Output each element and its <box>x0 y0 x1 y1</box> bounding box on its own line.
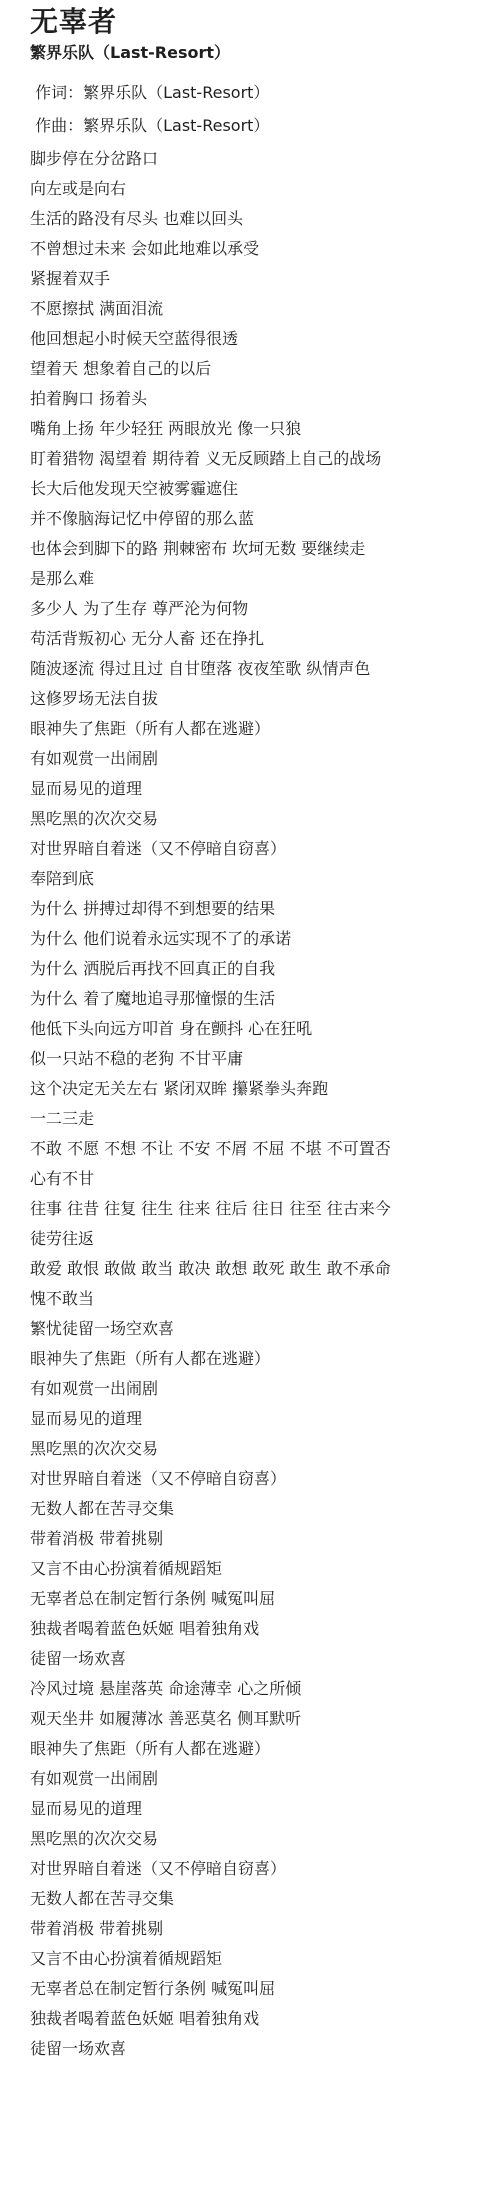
lyric-line: 观天坐井 如履薄冰 善恶莫名 侧耳默听 <box>30 1704 482 1734</box>
lyric-line: 这修罗场无法自拔 <box>30 684 482 714</box>
lyric-line: 眼神失了焦距（所有人都在逃避） <box>30 1734 482 1764</box>
lyric-line: 眼神失了焦距（所有人都在逃避） <box>30 1344 482 1374</box>
lyric-line: 生活的路没有尽头 也难以回头 <box>30 204 482 234</box>
lyric-line: 有如观赏一出闹剧 <box>30 1764 482 1794</box>
lyric-line: 又言不由心扮演着循规蹈矩 <box>30 1944 482 1974</box>
lyrics-block: 脚步停在分岔路口向左或是向右生活的路没有尽头 也难以回头不曾想过未来 会如此地难… <box>30 144 482 2064</box>
lyric-line: 心有不甘 <box>30 1164 482 1194</box>
lyric-line: 黑吃黑的次次交易 <box>30 1434 482 1464</box>
credit-line: 作曲：繁界乐队（Last-Resort） <box>30 109 482 142</box>
lyric-line: 无辜者总在制定暂行条例 喊冤叫屈 <box>30 1974 482 2004</box>
lyric-line: 也体会到脚下的路 荆棘密布 坎坷无数 要继续走 <box>30 534 482 564</box>
lyric-line: 有如观赏一出闹剧 <box>30 1374 482 1404</box>
lyric-line: 嘴角上扬 年少轻狂 两眼放光 像一只狼 <box>30 414 482 444</box>
lyric-line: 为什么 着了魔地追寻那憧憬的生活 <box>30 984 482 1014</box>
lyric-line: 有如观赏一出闹剧 <box>30 744 482 774</box>
lyric-line: 黑吃黑的次次交易 <box>30 804 482 834</box>
lyric-line: 向左或是向右 <box>30 174 482 204</box>
lyric-line: 随波逐流 得过且过 自甘堕落 夜夜笙歌 纵情声色 <box>30 654 482 684</box>
lyric-line: 拍着胸口 扬着头 <box>30 384 482 414</box>
lyric-line: 似一只站不稳的老狗 不甘平庸 <box>30 1044 482 1074</box>
lyric-line: 不愿擦拭 满面泪流 <box>30 294 482 324</box>
lyric-line: 脚步停在分岔路口 <box>30 144 482 174</box>
artist-name: 繁界乐队（Last-Resort） <box>30 42 482 64</box>
lyric-line: 并不像脑海记忆中停留的那么蓝 <box>30 504 482 534</box>
lyric-line: 带着消极 带着挑剔 <box>30 1524 482 1554</box>
lyric-line: 对世界暗自着迷（又不停暗自窃喜） <box>30 834 482 864</box>
lyric-line: 一二三走 <box>30 1104 482 1134</box>
lyric-line: 徒劳往返 <box>30 1224 482 1254</box>
lyric-line: 盯着猎物 渴望着 期待着 义无反顾踏上自己的战场 <box>30 444 482 474</box>
lyric-line: 敢爱 敢恨 敢做 敢当 敢决 敢想 敢死 敢生 敢不承命 <box>30 1254 482 1284</box>
lyric-line: 紧握着双手 <box>30 264 482 294</box>
lyric-line: 独裁者喝着蓝色妖姬 唱着独角戏 <box>30 2004 482 2034</box>
lyric-line: 愧不敢当 <box>30 1284 482 1314</box>
lyric-line: 繁忧徒留一场空欢喜 <box>30 1314 482 1344</box>
lyric-line: 徒留一场欢喜 <box>30 1644 482 1674</box>
lyric-line: 无数人都在苦寻交集 <box>30 1494 482 1524</box>
lyric-line: 无辜者总在制定暂行条例 喊冤叫屈 <box>30 1584 482 1614</box>
credit-line: 作词：繁界乐队（Last-Resort） <box>30 76 482 109</box>
lyric-line: 无数人都在苦寻交集 <box>30 1884 482 1914</box>
lyric-line: 徒留一场欢喜 <box>30 2034 482 2064</box>
lyric-line: 对世界暗自着迷（又不停暗自窃喜） <box>30 1464 482 1494</box>
lyric-line: 多少人 为了生存 尊严沦为何物 <box>30 594 482 624</box>
lyrics-page: 无辜者 繁界乐队（Last-Resort） 作词：繁界乐队（Last-Resor… <box>0 0 500 2064</box>
credits-block: 作词：繁界乐队（Last-Resort） 作曲：繁界乐队（Last-Resort… <box>30 76 482 142</box>
lyric-line: 他低下头向远方叩首 身在颤抖 心在狂吼 <box>30 1014 482 1044</box>
lyric-line: 奉陪到底 <box>30 864 482 894</box>
lyric-line: 带着消极 带着挑剔 <box>30 1914 482 1944</box>
lyric-line: 长大后他发现天空被雾霾遮住 <box>30 474 482 504</box>
lyric-line: 独裁者喝着蓝色妖姬 唱着独角戏 <box>30 1614 482 1644</box>
lyric-line: 为什么 拼搏过却得不到想要的结果 <box>30 894 482 924</box>
lyric-line: 他回想起小时候天空蓝得很透 <box>30 324 482 354</box>
lyric-line: 为什么 洒脱后再找不回真正的自我 <box>30 954 482 984</box>
lyric-line: 对世界暗自着迷（又不停暗自窃喜） <box>30 1854 482 1884</box>
lyric-line: 显而易见的道理 <box>30 774 482 804</box>
lyric-line: 是那么难 <box>30 564 482 594</box>
lyric-line: 又言不由心扮演着循规蹈矩 <box>30 1554 482 1584</box>
lyric-line: 不曾想过未来 会如此地难以承受 <box>30 234 482 264</box>
lyric-line: 为什么 他们说着永远实现不了的承诺 <box>30 924 482 954</box>
lyric-line: 往事 往昔 往复 往生 往来 往后 往日 往至 往古来今 <box>30 1194 482 1224</box>
lyric-line: 黑吃黑的次次交易 <box>30 1824 482 1854</box>
lyric-line: 冷风过境 悬崖落英 命途薄幸 心之所倾 <box>30 1674 482 1704</box>
lyric-line: 这个决定无关左右 紧闭双眸 攥紧拳头奔跑 <box>30 1074 482 1104</box>
lyric-line: 不敢 不愿 不想 不让 不安 不屑 不屈 不堪 不可置否 <box>30 1134 482 1164</box>
lyric-line: 显而易见的道理 <box>30 1794 482 1824</box>
lyric-line: 望着天 想象着自己的以后 <box>30 354 482 384</box>
lyric-line: 显而易见的道理 <box>30 1404 482 1434</box>
lyric-line: 眼神失了焦距（所有人都在逃避） <box>30 714 482 744</box>
lyric-line: 苟活背叛初心 无分人畜 还在挣扎 <box>30 624 482 654</box>
page-title: 无辜者 <box>30 4 482 40</box>
